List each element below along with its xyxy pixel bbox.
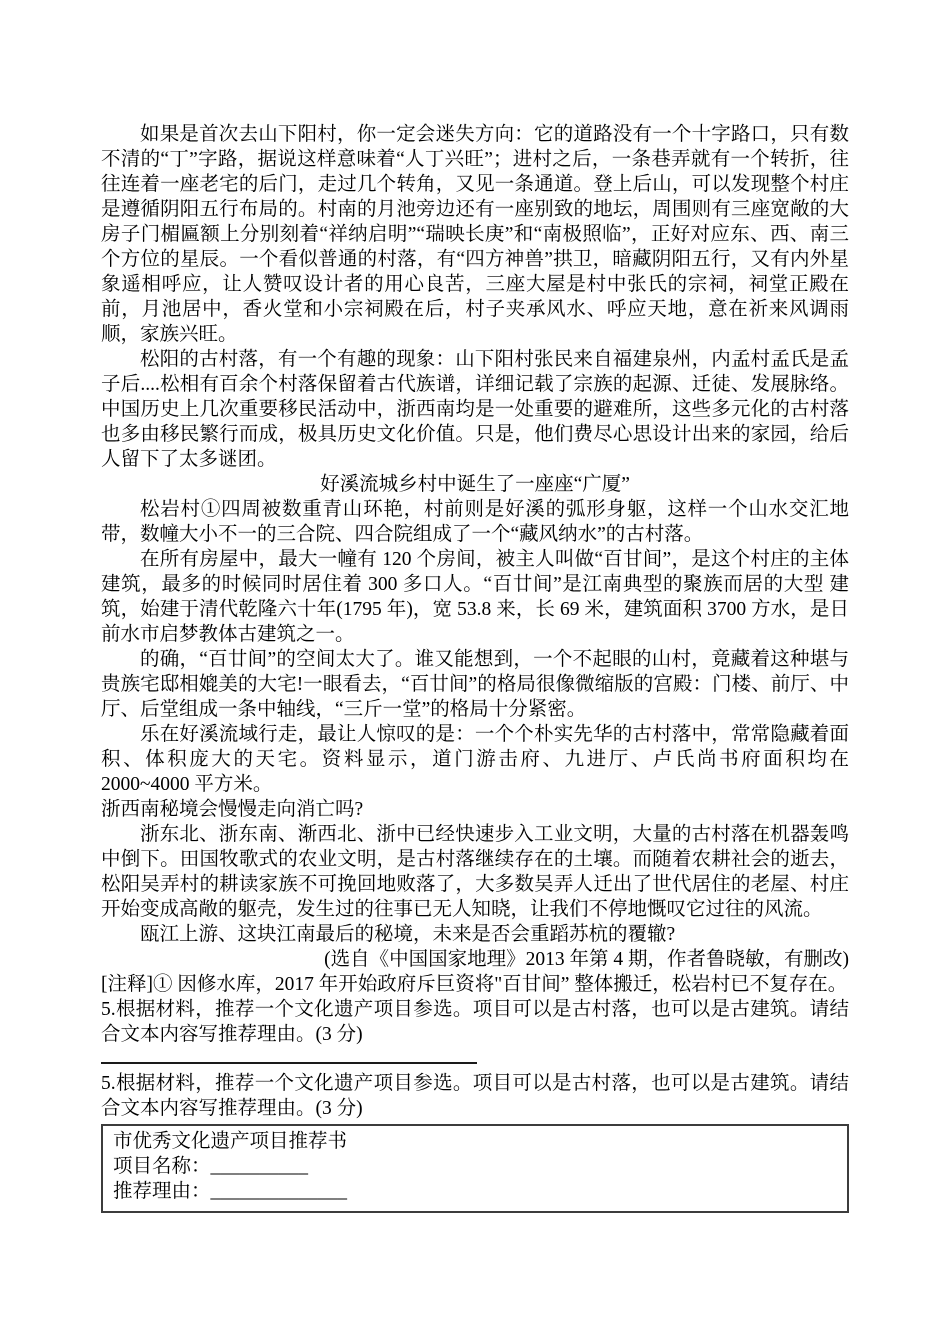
question-5: 5.根据材料，推荐一个文化遗产项目参选。项目可以是古村落，也可以是古建筑。请结合… [101, 997, 849, 1047]
divider-line [101, 1062, 477, 1064]
project-name-blank: __________ [211, 1156, 309, 1177]
question-5-repeat: 5.根据材料，推荐一个文化遗产项目参选。项目可以是古村落，也可以是古建筑。请结合… [101, 1071, 849, 1121]
paragraph-haoxi-mansions: 乐在好溪流域行走，最让人惊叹的是：一个个朴实先华的古村落中，常常隐藏着面积、体积… [101, 722, 849, 797]
footnote: [注释]① 因修水库，2017 年开始政府斥巨资将"百甘间” 整体搬迁，松岩村已… [101, 972, 849, 997]
document-page: 如果是首次去山下阳村，你一定会迷失方向：它的道路没有一个十字路口，只有数不清的“… [101, 122, 849, 1213]
source-attribution: (选自《中国国家地理》2013 年第 4 期，作者鲁晓敏，有删改) [101, 947, 849, 972]
paragraph-palace-layout: 的确，“百廿间”的空间太大了。谁又能想到，一个不起眼的山村，竟藏着这种堪与贵族宅… [101, 647, 849, 722]
subheading-zhexinan-question: 浙西南秘境会慢慢走向消亡吗? [101, 797, 849, 822]
paragraph-songyan-village: 松岩村①四周被数重青山环艳，村前则是好溪的弧形身躯，这样一个山水交汇地带，数幢大… [101, 497, 849, 547]
reason-label: 推荐理由： [113, 1181, 211, 1202]
reason-row: 推荐理由：______________ [113, 1179, 837, 1204]
paragraph-songyang-villages: 松阳的古村落，有一个有趣的现象：山下阳村张民来自福建泉州，内孟村孟氏是孟子后..… [101, 347, 849, 472]
project-name-row: 项目名称：__________ [113, 1154, 837, 1179]
paragraph-industrial-civilization: 浙东北、浙东南、渐西北、浙中已经快速步入工业文明，大量的古村落在机器轰鸣中倒下。… [101, 822, 849, 922]
paragraph-oujiang-question: 瓯江上游、这块江南最后的秘境，未来是否会重蹈苏杭的覆辙? [101, 922, 849, 947]
reason-blank: ______________ [211, 1181, 348, 1202]
paragraph-baiganjian-building: 在所有房屋中，最大一幢有 120 个房间，被主人叫做“百甘间”，是这个村庄的主体… [101, 547, 849, 647]
section-heading-haoxi: 好溪流城乡村中诞生了一座座“广厦” [101, 472, 849, 497]
project-name-label: 项目名称： [113, 1156, 211, 1177]
form-title: 市优秀文化遗产项目推荐书 [113, 1129, 837, 1154]
paragraph-village-layout: 如果是首次去山下阳村，你一定会迷失方向：它的道路没有一个十字路口，只有数不清的“… [101, 122, 849, 347]
recommendation-form-box: 市优秀文化遗产项目推荐书 项目名称：__________ 推荐理由：______… [101, 1124, 849, 1213]
